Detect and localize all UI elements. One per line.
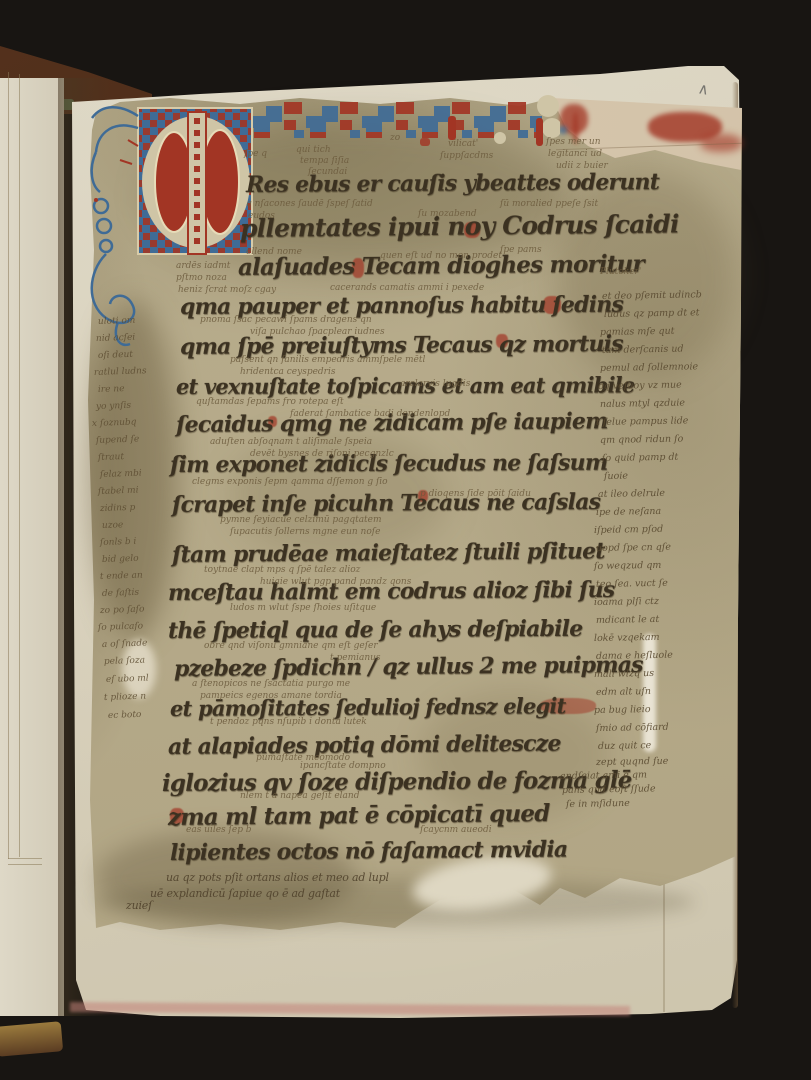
margin-note: ſe in mſidune bbox=[566, 799, 630, 810]
right-margin-notes-bottom: andſeiat ami ē qmpans qnd eoſt ſſudeſe i… bbox=[0, 0, 811, 1080]
margin-note: andſeiat ami ē qm bbox=[560, 770, 647, 781]
margin-note: pans qnd eoſt ſſude bbox=[562, 784, 656, 795]
manuscript-photo: Res ebus er cauſis ybeattes oderuntpllem… bbox=[0, 0, 811, 1080]
